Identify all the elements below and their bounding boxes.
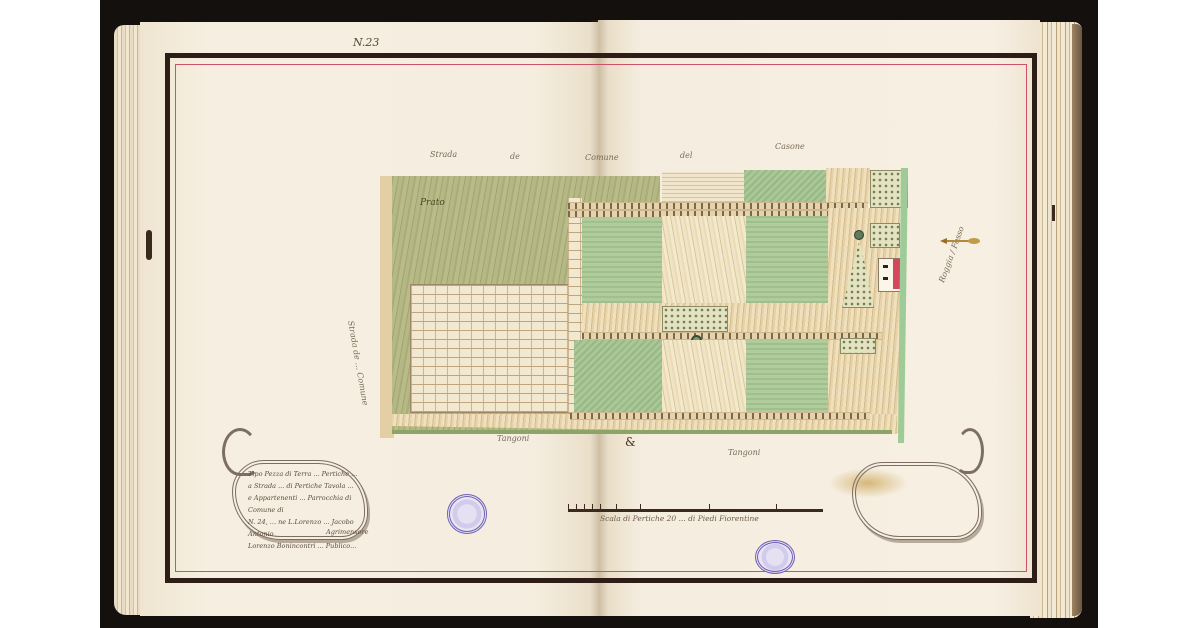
title-cartouche: Tipo Pezza di Terra ... Pertiche ... a S… <box>232 460 368 540</box>
tan-plot-top <box>826 168 870 204</box>
bottom-annotation-left: Tangoni <box>497 434 529 443</box>
hedge-row-upper <box>568 202 868 210</box>
green-field-1 <box>582 218 662 303</box>
green-field-3 <box>574 340 662 416</box>
scale-bar <box>568 509 823 512</box>
page-number: N.23 <box>353 36 379 49</box>
estate-map: Prato <box>380 168 920 443</box>
scrub-plot-middle <box>662 306 728 332</box>
compass-arrow-icon <box>940 238 980 244</box>
annotation-comune: Comune <box>585 153 619 162</box>
vineyard-block <box>410 284 570 413</box>
hedge-row-middle <box>582 332 882 340</box>
arrow-fletching <box>968 238 980 244</box>
scale-caption: Scala di Pertiche 20 ... di Piedi Fioren… <box>600 514 759 523</box>
library-stamp-left <box>447 494 487 534</box>
wheat-field-2 <box>662 340 746 416</box>
annotation-de: de <box>510 152 520 161</box>
binding-mark-right <box>1052 205 1055 221</box>
scale-tick <box>600 504 601 510</box>
scrub-plot-small <box>840 338 876 354</box>
cartouche-line: Lorenzo Bonincontri ... Publico... <box>248 540 360 552</box>
green-plot-top <box>744 170 826 202</box>
scale-tick <box>616 504 617 510</box>
farmhouse-window <box>883 265 888 268</box>
scale-tick <box>640 504 641 510</box>
cartouche-line: a Strada ... di Pertiche Tavola ... <box>248 480 360 492</box>
cartouche-line: Tipo Pezza di Terra ... Pertiche ... <box>248 468 360 480</box>
scale-bar-line <box>568 509 823 512</box>
right-page-edge <box>1072 24 1082 616</box>
scale-tick <box>776 504 777 510</box>
library-stamp-right <box>755 540 795 574</box>
farmhouse <box>878 258 902 292</box>
scale-tick <box>568 504 569 510</box>
scale-tick <box>709 504 710 510</box>
wheat-field-1 <box>662 216 746 304</box>
cartouche-line: e Appartenenti ... Parrocchia di Comune … <box>248 492 360 516</box>
binding-mark <box>146 230 152 260</box>
scale-tick <box>584 504 585 510</box>
green-field-2 <box>746 216 828 308</box>
scale-tick <box>576 504 577 510</box>
hedge-row-lower <box>570 412 870 420</box>
bottom-ampersand: & <box>625 435 636 449</box>
scrub-plot-east <box>870 223 900 248</box>
meadow-label: Prato <box>420 198 445 208</box>
annotation-del: del <box>680 151 692 160</box>
arrow-head <box>940 238 947 244</box>
farmhouse-roof-red <box>893 259 900 289</box>
bottom-annotation-right: Tangoni <box>728 448 760 457</box>
empty-cartouche <box>852 462 982 540</box>
annotation-strada: Strada <box>430 150 457 159</box>
cartouche-signature: Agrimensore <box>326 526 368 538</box>
top-road-annotations: Strada de Comune del Casone <box>380 148 920 168</box>
cartouche-text: Tipo Pezza di Terra ... Pertiche ... a S… <box>248 468 360 552</box>
annotation-casone: Casone <box>775 142 805 151</box>
cartouche-scroll-ornament <box>956 428 984 474</box>
green-field-4 <box>746 340 828 420</box>
well-icon <box>854 230 864 240</box>
striped-plot-top <box>662 172 744 202</box>
scale-tick <box>592 504 593 510</box>
bottom-boundary-green <box>392 430 892 434</box>
farmhouse-window <box>883 277 888 280</box>
